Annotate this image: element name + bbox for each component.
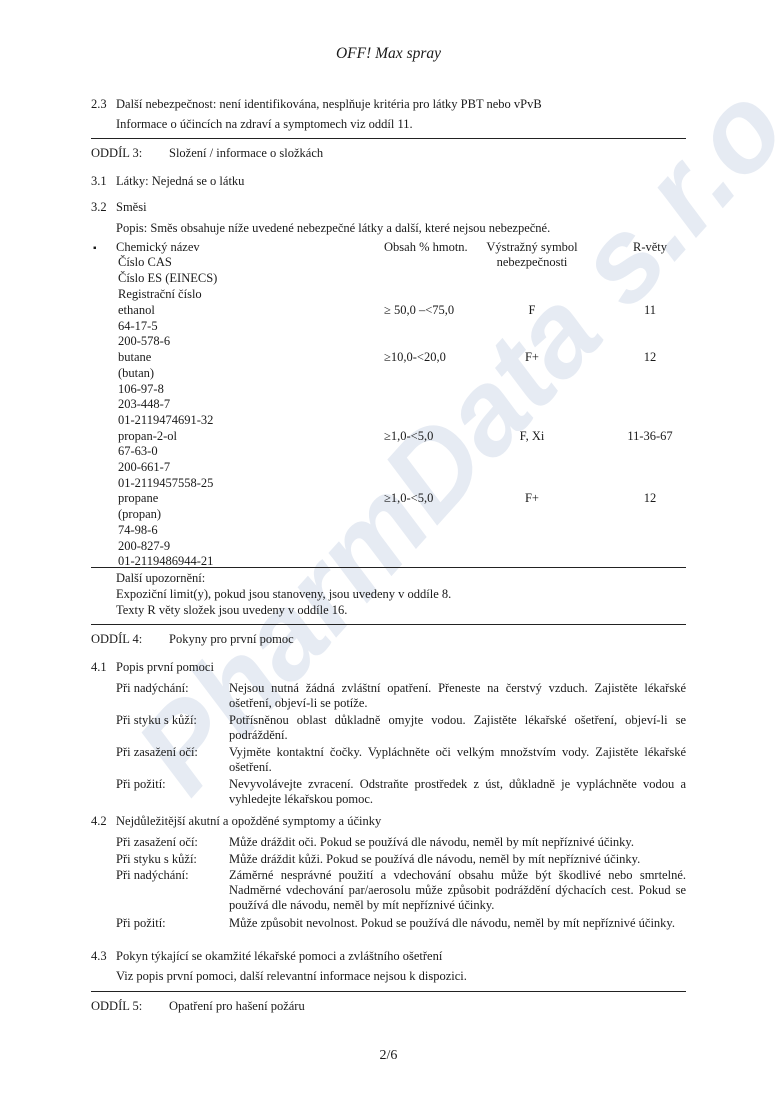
- section-4-3-text: Viz popis první pomoci, další relevantní…: [116, 969, 467, 984]
- item-label: Při styku s kůží:: [116, 852, 197, 867]
- section-3-1-number: 3.1: [91, 174, 107, 189]
- header-chemical-name: Chemický název: [116, 240, 200, 255]
- substance-name: butane: [118, 350, 151, 365]
- section-2-3-number: 2.3: [91, 97, 107, 112]
- page-number: 2/6: [0, 1048, 777, 1063]
- header-symbol-2: nebezpečnosti: [484, 255, 580, 270]
- section-3-2-description: Popis: Směs obsahuje níže uvedené nebezp…: [116, 221, 550, 236]
- hazard-symbol: F, Xi: [484, 429, 580, 444]
- item-label: Při požití:: [116, 777, 166, 792]
- substance-content: ≥1,0-<5,0: [384, 429, 433, 444]
- substance-identifier: 01-2119474691-32: [118, 413, 213, 428]
- item-text: Vyjměte kontaktní čočky. Vypláchněte oči…: [229, 745, 686, 775]
- item-label: Při nadýchání:: [116, 868, 189, 883]
- header-cas: Číslo CAS: [118, 255, 172, 270]
- notes-title: Další upozornění:: [116, 571, 205, 586]
- section-2-3-text: Další nebezpečnost: není identifikována,…: [116, 97, 542, 112]
- bullet-icon: ▪: [93, 241, 97, 256]
- header-es: Číslo ES (EINECS): [118, 271, 217, 286]
- r-phrases: 12: [610, 350, 690, 365]
- item-text: Záměrné nesprávné použití a vdechování o…: [229, 868, 686, 913]
- item-label: Při požití:: [116, 916, 166, 931]
- header-symbol: Výstražný symbol: [484, 240, 580, 255]
- substance-identifier: (butan): [118, 366, 154, 381]
- header-r-phrases: R-věty: [610, 240, 690, 255]
- section-4-2-title: Nejdůležitější akutní a opožděné symptom…: [116, 814, 381, 829]
- section-3-2-title: Směsi: [116, 200, 147, 215]
- divider: [91, 138, 686, 139]
- section-5-title: Opatření pro hašení požáru: [169, 999, 305, 1014]
- substance-identifier: 64-17-5: [118, 319, 158, 334]
- section-4-1-number: 4.1: [91, 660, 107, 675]
- item-label: Při zasažení očí:: [116, 745, 198, 760]
- section-4-label: ODDÍL 4:: [91, 632, 142, 647]
- substance-identifier: (propan): [118, 507, 161, 522]
- section-4-3-title: Pokyn týkající se okamžité lékařské pomo…: [116, 949, 442, 964]
- watermark: PharmData s.r.o.: [0, 0, 777, 1100]
- section-3-2-number: 3.2: [91, 200, 107, 215]
- substance-identifier: 01-2119457558-25: [118, 476, 213, 491]
- substance-identifier: 200-578-6: [118, 334, 170, 349]
- hazard-symbol: F+: [484, 350, 580, 365]
- section-3-label: ODDÍL 3:: [91, 146, 142, 161]
- substance-identifier: 74-98-6: [118, 523, 158, 538]
- note-r-texts: Texty R věty složek jsou uvedeny v oddíl…: [116, 603, 347, 618]
- substance-identifier: 203-448-7: [118, 397, 170, 412]
- section-5-label: ODDÍL 5:: [91, 999, 142, 1014]
- substance-identifier: 67-63-0: [118, 444, 158, 459]
- section-3-1-text: Látky: Nejedná se o látku: [116, 174, 244, 189]
- substance-content: ≥10,0-<20,0: [384, 350, 446, 365]
- hazard-symbol: F+: [484, 491, 580, 506]
- section-2-3-note: Informace o účincích na zdraví a symptom…: [116, 117, 413, 132]
- item-label: Při nadýchání:: [116, 681, 189, 696]
- item-label: Při zasažení očí:: [116, 835, 198, 850]
- item-text: Může dráždit oči. Pokud se používá dle n…: [229, 835, 686, 850]
- section-4-1-title: Popis první pomoci: [116, 660, 214, 675]
- r-phrases: 11: [610, 303, 690, 318]
- substance-identifier: 200-827-9: [118, 539, 170, 554]
- substance-content: ≥1,0-<5,0: [384, 491, 433, 506]
- substance-name: propane: [118, 491, 158, 506]
- substance-identifier: 106-97-8: [118, 382, 164, 397]
- substance-name: propan-2-ol: [118, 429, 177, 444]
- document-title: OFF! Max spray: [0, 46, 777, 61]
- r-phrases: 11-36-67: [610, 429, 690, 444]
- substance-identifier: 200-661-7: [118, 460, 170, 475]
- hazard-symbol: F: [484, 303, 580, 318]
- header-content: Obsah % hmotn.: [384, 240, 468, 255]
- section-3-title: Složení / informace o složkách: [169, 146, 323, 161]
- item-text: Nevyvolávejte zvracení. Odstraňte prostř…: [229, 777, 686, 807]
- substance-name: ethanol: [118, 303, 155, 318]
- note-exposure: Expoziční limit(y), pokud jsou stanoveny…: [116, 587, 451, 602]
- item-text: Nejsou nutná žádná zvláštní opatření. Př…: [229, 681, 686, 711]
- item-text: Může dráždit kůži. Pokud se používá dle …: [229, 852, 686, 867]
- item-text: Potřísněnou oblast důkladně omyjte vodou…: [229, 713, 686, 743]
- substance-content: ≥ 50,0 –<75,0: [384, 303, 454, 318]
- item-text: Může způsobit nevolnost. Pokud se použív…: [229, 916, 686, 931]
- header-registration: Registrační číslo: [118, 287, 202, 302]
- section-4-3-number: 4.3: [91, 949, 107, 964]
- item-label: Při styku s kůží:: [116, 713, 197, 728]
- section-4-title: Pokyny pro první pomoc: [169, 632, 294, 647]
- table-bottom-rule: [91, 567, 686, 568]
- r-phrases: 12: [610, 491, 690, 506]
- section-4-2-number: 4.2: [91, 814, 107, 829]
- divider: [91, 991, 686, 992]
- divider: [91, 624, 686, 625]
